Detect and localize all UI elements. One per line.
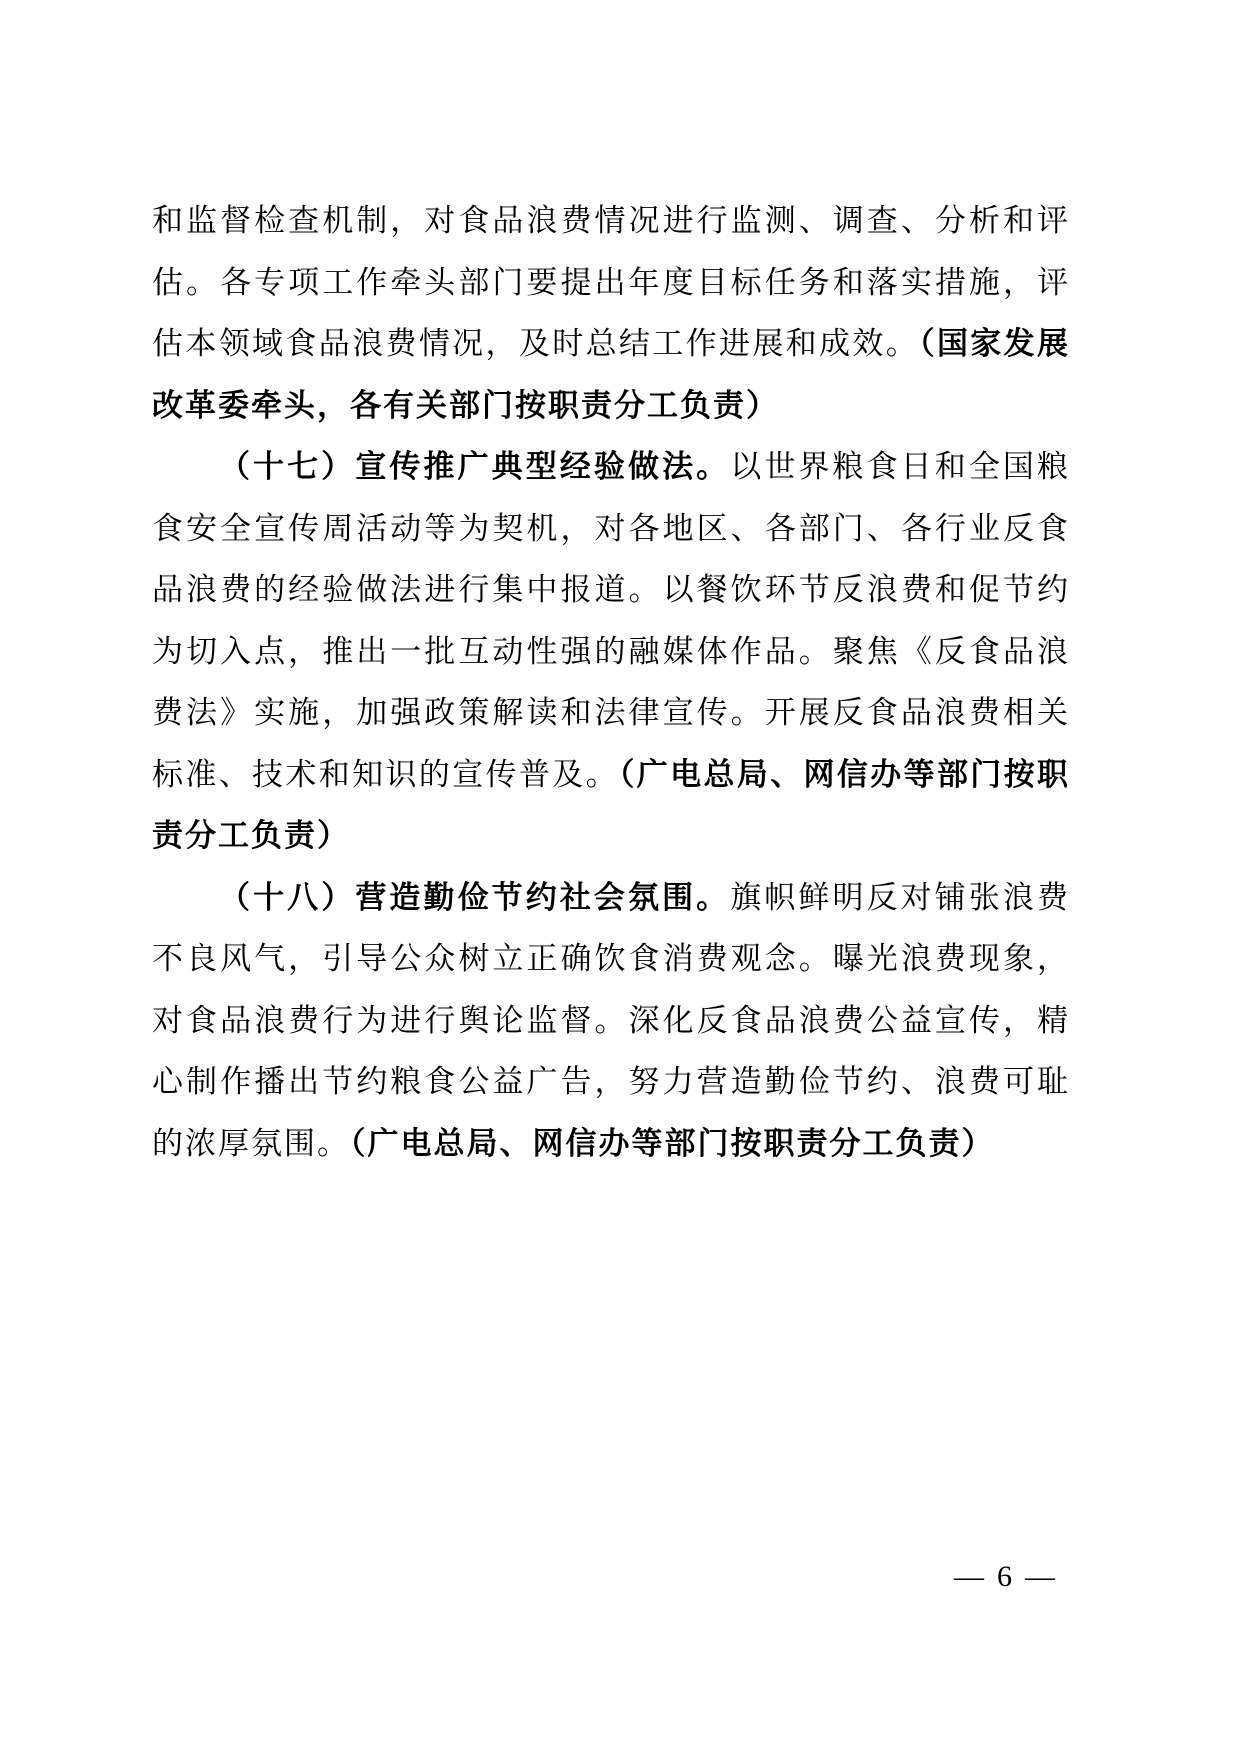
- footer-dash-right: —: [1025, 1560, 1055, 1593]
- emphasis-text-run: （十八）营造勤俭节约社会氛围。: [219, 880, 730, 915]
- document-body: 和监督检查机制，对食品浪费情况进行监测、调查、分析和评估。各专项工作牵头部门要提…: [152, 190, 1070, 1174]
- emphasis-text-run: （广电总局、网信办等部门按职责分工负责）: [350, 1126, 995, 1161]
- body-text-run: 旗帜鲜明反对铺张浪费不良风气，引导公众树立正确饮食消费观念。曝光浪费现象，对食品…: [152, 880, 1070, 1161]
- footer-dash-left: —: [954, 1560, 984, 1593]
- page-number: 6: [997, 1560, 1012, 1594]
- paragraph: （十八）营造勤俭节约社会氛围。旗帜鲜明反对铺张浪费不良风气，引导公众树立正确饮食…: [152, 867, 1070, 1175]
- body-text-run: 以世界粮食日和全国粮食安全宣传周活动等为契机，对各地区、各部门、各行业反食品浪费…: [152, 449, 1070, 792]
- paragraph: （十七）宣传推广典型经验做法。以世界粮食日和全国粮食安全宣传周活动等为契机，对各…: [152, 436, 1070, 867]
- emphasis-text-run: （十七）宣传推广典型经验做法。: [219, 449, 730, 484]
- page-footer: —6—: [954, 1560, 1055, 1594]
- paragraph: 和监督检查机制，对食品浪费情况进行监测、调查、分析和评估。各专项工作牵头部门要提…: [152, 190, 1070, 436]
- document-page: 和监督检查机制，对食品浪费情况进行监测、调查、分析和评估。各专项工作牵头部门要提…: [0, 0, 1240, 1754]
